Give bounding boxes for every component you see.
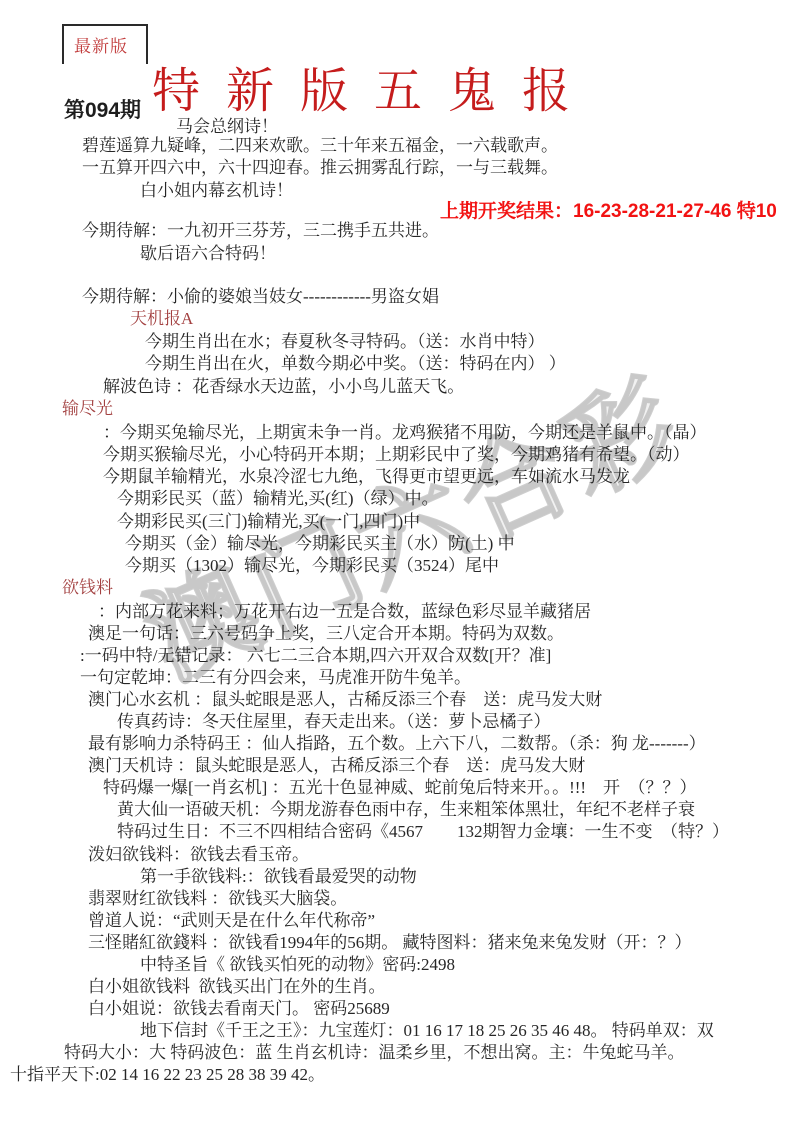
text-line: 最有影响力杀特码王 ：仙人指路，五个数。上六下八，二数帮。（杀：狗 龙-----…	[88, 734, 706, 754]
text-line: 第一手欲钱料:：欲钱看最爱哭的动物	[140, 867, 417, 887]
text-line: :一码中特/无错记录： 六七二三合本期,四六开双合双数[开？准]	[80, 646, 551, 666]
text-line: 今期生肖出在水；春夏秋冬寻特码。（送：水肖中特）	[145, 332, 545, 352]
section-tianjibao-a: 天机报A	[130, 309, 193, 329]
text-line: 白小姐欲钱料 欲钱买出门在外的生肖。	[88, 977, 386, 997]
text-line: 澳足一句话：三六号码争上奖，三八定合开本期。特码为双数。	[88, 624, 564, 644]
text-line: 地下信封《千王之王》：九宝莲灯：01 16 17 18 25 26 35 46 …	[140, 1021, 714, 1041]
text-line: ：内部万花来料；万花开右边一五是合数，蓝绿色彩尽显羊藏猪居	[98, 602, 591, 622]
text-line: 特码大小：大 特码波色：蓝 生肖玄机诗：温柔乡里，不想出窝。主：牛兔蛇马羊。	[64, 1043, 685, 1063]
poem-line-2: 一五算开四六中，六十四迎春。推云拥雾乱行踪，一与三载舞。	[82, 158, 558, 178]
xiehouyu-title: 歇后语六合特码！	[140, 244, 276, 264]
body-lines: 碧莲遥算九疑峰，二四来欢歌。三十年来五福金，一六载歌声。一五算开四六中，六十四迎…	[0, 0, 793, 1122]
baixiaojie-poem-title: 白小姐内幕玄机诗！	[140, 181, 293, 201]
text-line: 特码过生日：不三不四相结合密码《4567 132期智力金壤：一生不变 （特？）	[117, 822, 729, 842]
text-line: ：今期买兔输尽光，上期寅未争一肖。龙鸡猴猪不用防，今期还是羊鼠中。（晶）	[103, 423, 707, 443]
text-line: 泼妇欲钱料：欲钱去看玉帝。	[88, 845, 309, 865]
text-line: 澳门心水玄机 ：鼠头蛇眼是恶人，古稀反添三个春 送：虎马发大财	[88, 690, 602, 710]
text-line: 今期买（金）输尽光，今期彩民买主（水）防(土) 中	[125, 534, 515, 554]
poem-line-1: 碧莲遥算九疑峰，二四来欢歌。三十年来五福金，一六载歌声。	[82, 136, 558, 156]
text-line: 白小姐说：欲钱去看南天门。 密码25689	[88, 999, 390, 1019]
text-line: 传真药诗：冬天住屋里，春天走出来。（送：萝卜忌橘子）	[117, 712, 551, 732]
text-line: 三怪賭紅欲錢料 ：欲钱看1994年的56期。 藏特图料：猪来兔来兔发财（开：？）	[88, 933, 692, 953]
text-line: 翡翠财红欲钱料 ：欲钱买大脑袋。	[88, 889, 347, 909]
text-line: 解波色诗 ：花香绿水天边蓝，小小鸟儿蓝天飞。	[103, 377, 464, 397]
text-line: 曾道人说：“武则天是在什么年代称帝”	[88, 911, 375, 931]
text-line: 一句定乾坤：二三有分四会来，马虎准开防牛兔羊。	[80, 668, 471, 688]
text-line: 澳门天机诗 ：鼠头蛇眼是恶人，古稀反添三个春 送：虎马发大财	[88, 756, 585, 776]
page: 最新版 特新版五鬼报 第094期 马会总纲诗！ 上期开奖结果：16-23-28-…	[0, 0, 793, 1122]
text-line: 特码爆一爆[一肖玄机] ：五光十色显神威、蛇前兔后特来开。。!!! 开 （？？）	[103, 778, 697, 798]
text-line: 今期买猴输尽光，小心特码开本期；上期彩民中了奖，今期鸡猪有希望。（动）	[103, 445, 690, 465]
text-line: 黄大仙一语破天机：今期龙游春色雨中存，生来粗笨体黑壮，年纪不老样子衰	[117, 800, 695, 820]
text-line: 今期生肖出在火，单数今期必中奖。（送：特码在内） ）	[145, 354, 566, 374]
text-line: 今期彩民买（蓝）输精光,买(红)（绿）中。	[117, 489, 439, 509]
text-line: 中特圣旨《 欲钱买怕死的动物》密码:2498	[140, 955, 455, 975]
pending-riddle-2: 今期待解：小偷的婆娘当妓女------------男盗女娼	[82, 287, 439, 307]
text-line: 今期彩民买(三门)输精光,买(一门,四门)中	[117, 512, 420, 532]
text-line: 今期买（1302）输尽光，今期彩民买（3524）尾中	[125, 556, 499, 576]
text-line: 今期鼠羊输精光，水泉冷涩七九绝，飞得更市望更远，车如流水马发龙	[103, 467, 630, 487]
section-yuqianliao: 欲钱料	[62, 578, 113, 598]
section-shujinguang: 输尽光	[62, 399, 113, 419]
footer-numbers: 十指平天下:02 14 16 22 23 25 28 38 39 42。	[10, 1065, 325, 1085]
pending-riddle-1: 今期待解：一九初开三芬芳，三二携手五共进。	[82, 221, 439, 241]
